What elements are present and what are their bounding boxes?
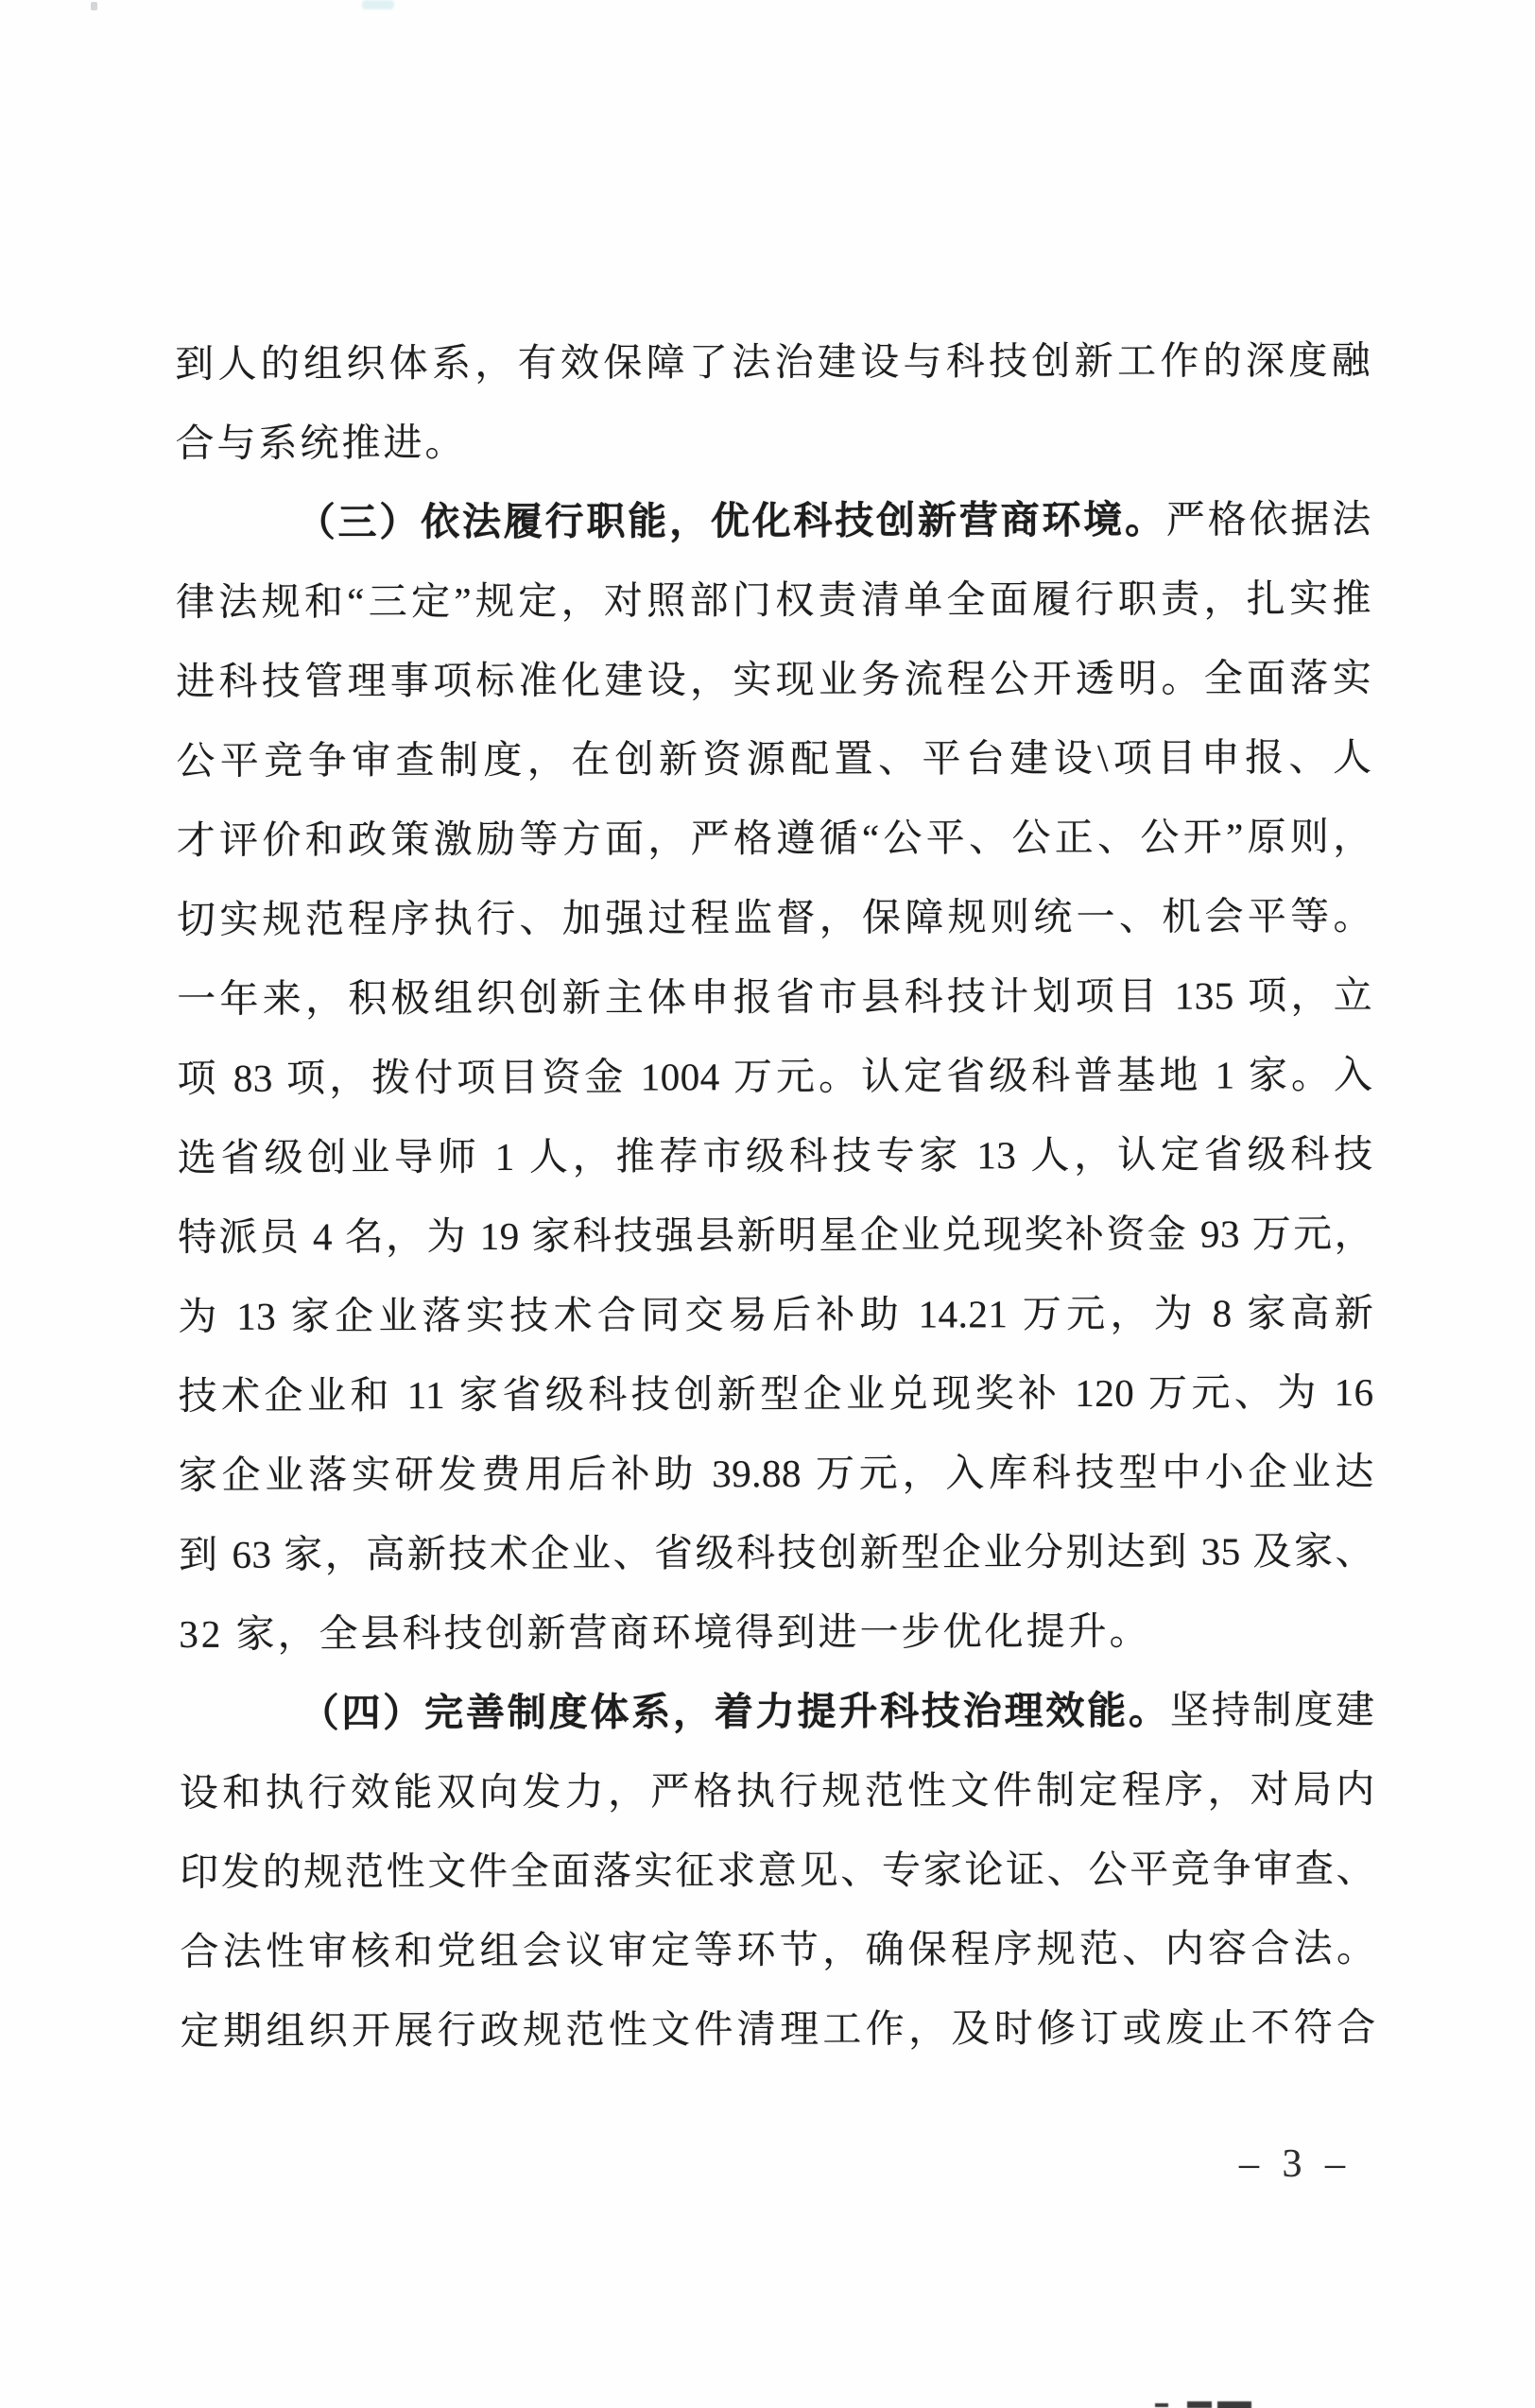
text-line: （四）完善制度体系，着力提升科技治理效能。坚持制度建 — [179, 1670, 1374, 1753]
text-line: 进科技管理事项标准化建设，实现业务流程公开透明。全面落实 — [176, 638, 1371, 721]
text-line: 印发的规范性文件全面落实征求意见、专家论证、公平竞争审查、 — [180, 1829, 1375, 1912]
text-line: 项 83 项，拨付项目资金 1004 万元。认定省级科普基地 1 家。入 — [177, 1035, 1372, 1118]
body-text: 特派员 4 名，为 19 家科技强县新明星企业兑现奖补资金 93 万元， — [178, 1212, 1373, 1259]
scan-smudge — [1155, 2403, 1168, 2407]
body-text: 律法规和“三定”规定，对照部门权责清单全面履行职责，扎实推 — [176, 576, 1371, 624]
heading-text: （三）依法履行职能，优化科技创新营商环境。 — [297, 498, 1166, 544]
page-number: – 3 – — [1212, 2139, 1372, 2190]
scanned-document-page: 到人的组织体系，有效保障了法治建设与科技创新工作的深度融合与系统推进。（三）依法… — [0, 0, 1535, 2408]
body-text: 到人的组织体系，有效保障了法治建设与科技创新工作的深度融 — [175, 338, 1371, 386]
scan-artifact-bottom — [1151, 2399, 1312, 2408]
text-line: 家企业落实研发费用后补助 39.88 万元，入库科技型中小企业达 — [179, 1432, 1374, 1515]
heading-text: （四）完善制度体系，着力提升科技治理效能。 — [301, 1689, 1170, 1735]
body-text: 32 家，全县科技创新营商环境得到进一步优化提升。 — [179, 1609, 1150, 1656]
scan-smudge — [1187, 2401, 1212, 2408]
body-text: 才评价和政策激励等方面，严格遵循“公平、公正、公开”原则， — [177, 815, 1372, 862]
body-text: 为 13 家企业落实技术合同交易后补助 14.21 万元，为 8 家高新 — [178, 1291, 1373, 1338]
scan-artifact — [362, 0, 394, 9]
text-line: 定期组织开展行政规范性文件清理工作，及时修订或废止不符合 — [181, 1987, 1376, 2071]
text-line: 为 13 家企业落实技术合同交易后补助 14.21 万元，为 8 家高新 — [178, 1273, 1373, 1356]
text-line: 选省级创业导师 1 人，推荐市级科技专家 13 人，认定省级科技 — [178, 1114, 1373, 1197]
text-line: 合法性审核和党组会议审定等环节，确保程序规范、内容合法。 — [180, 1908, 1375, 1991]
scan-smudge — [1217, 2401, 1251, 2408]
text-line: 才评价和政策激励等方面，严格遵循“公平、公正、公开”原则， — [177, 797, 1372, 880]
text-line: （三）依法履行职能，优化科技创新营商环境。严格依据法 — [176, 479, 1371, 562]
text-line: 特派员 4 名，为 19 家科技强县新明星企业兑现奖补资金 93 万元， — [178, 1194, 1373, 1277]
text-line: 一年来，积极组织创新主体申报省市县科技计划项目 135 项，立 — [177, 955, 1372, 1039]
body-text: 一年来，积极组织创新主体申报省市县科技计划项目 135 项，立 — [177, 973, 1372, 1021]
body-text: 定期组织开展行政规范性文件清理工作，及时修订或废止不符合 — [181, 2005, 1376, 2053]
text-line: 律法规和“三定”规定，对照部门权责清单全面履行职责，扎实推 — [176, 559, 1371, 642]
body-text: 项 83 项，拨付项目资金 1004 万元。认定省级科普基地 1 家。入 — [177, 1053, 1372, 1100]
body-text: 选省级创业导师 1 人，推荐市级科技专家 13 人，认定省级科技 — [178, 1132, 1373, 1179]
document-body: 到人的组织体系，有效保障了法治建设与科技创新工作的深度融合与系统推进。（三）依法… — [175, 320, 1376, 2071]
body-text: 公平竞争审查制度，在创新资源配置、平台建设\项目申报、人 — [176, 735, 1371, 783]
text-line: 切实规范程序执行、加强过程监督，保障规则统一、机会平等。 — [177, 876, 1372, 959]
body-text: 合法性审核和党组会议审定等环节，确保程序规范、内容合法。 — [180, 1926, 1375, 1973]
scan-artifact — [91, 2, 97, 10]
text-line: 到 63 家，高新技术企业、省级科技创新型企业分别达到 35 及家、 — [179, 1511, 1374, 1594]
body-text: 进科技管理事项标准化建设，实现业务流程公开透明。全面落实 — [176, 656, 1371, 703]
body-text: 切实规范程序执行、加强过程监督，保障规则统一、机会平等。 — [177, 894, 1372, 941]
body-text: 设和执行效能双向发力，严格执行规范性文件制定程序，对局内 — [180, 1767, 1375, 1815]
text-line: 合与系统推进。 — [175, 400, 1371, 483]
body-text: 印发的规范性文件全面落实征求意见、专家论证、公平竞争审查、 — [180, 1847, 1375, 1894]
body-text: 严格依据法 — [1166, 497, 1371, 542]
text-line: 公平竞争审查制度，在创新资源配置、平台建设\项目申报、人 — [176, 717, 1371, 800]
text-line: 设和执行效能双向发力，严格执行规范性文件制定程序，对局内 — [180, 1749, 1375, 1832]
body-text: 家企业落实研发费用后补助 39.88 万元，入库科技型中小企业达 — [179, 1450, 1374, 1497]
body-text: 坚持制度建 — [1170, 1688, 1375, 1732]
text-line: 到人的组织体系，有效保障了法治建设与科技创新工作的深度融 — [175, 320, 1371, 404]
text-line: 技术企业和 11 家省级科技创新型企业兑现奖补 120 万元、为 16 — [178, 1352, 1373, 1436]
body-text: 到 63 家，高新技术企业、省级科技创新型企业分别达到 35 及家、 — [179, 1529, 1374, 1576]
body-text: 合与系统推进。 — [175, 421, 466, 465]
text-line: 32 家，全县科技创新营商环境得到进一步优化提升。 — [179, 1591, 1374, 1674]
body-text: 技术企业和 11 家省级科技创新型企业兑现奖补 120 万元、为 16 — [178, 1370, 1373, 1418]
